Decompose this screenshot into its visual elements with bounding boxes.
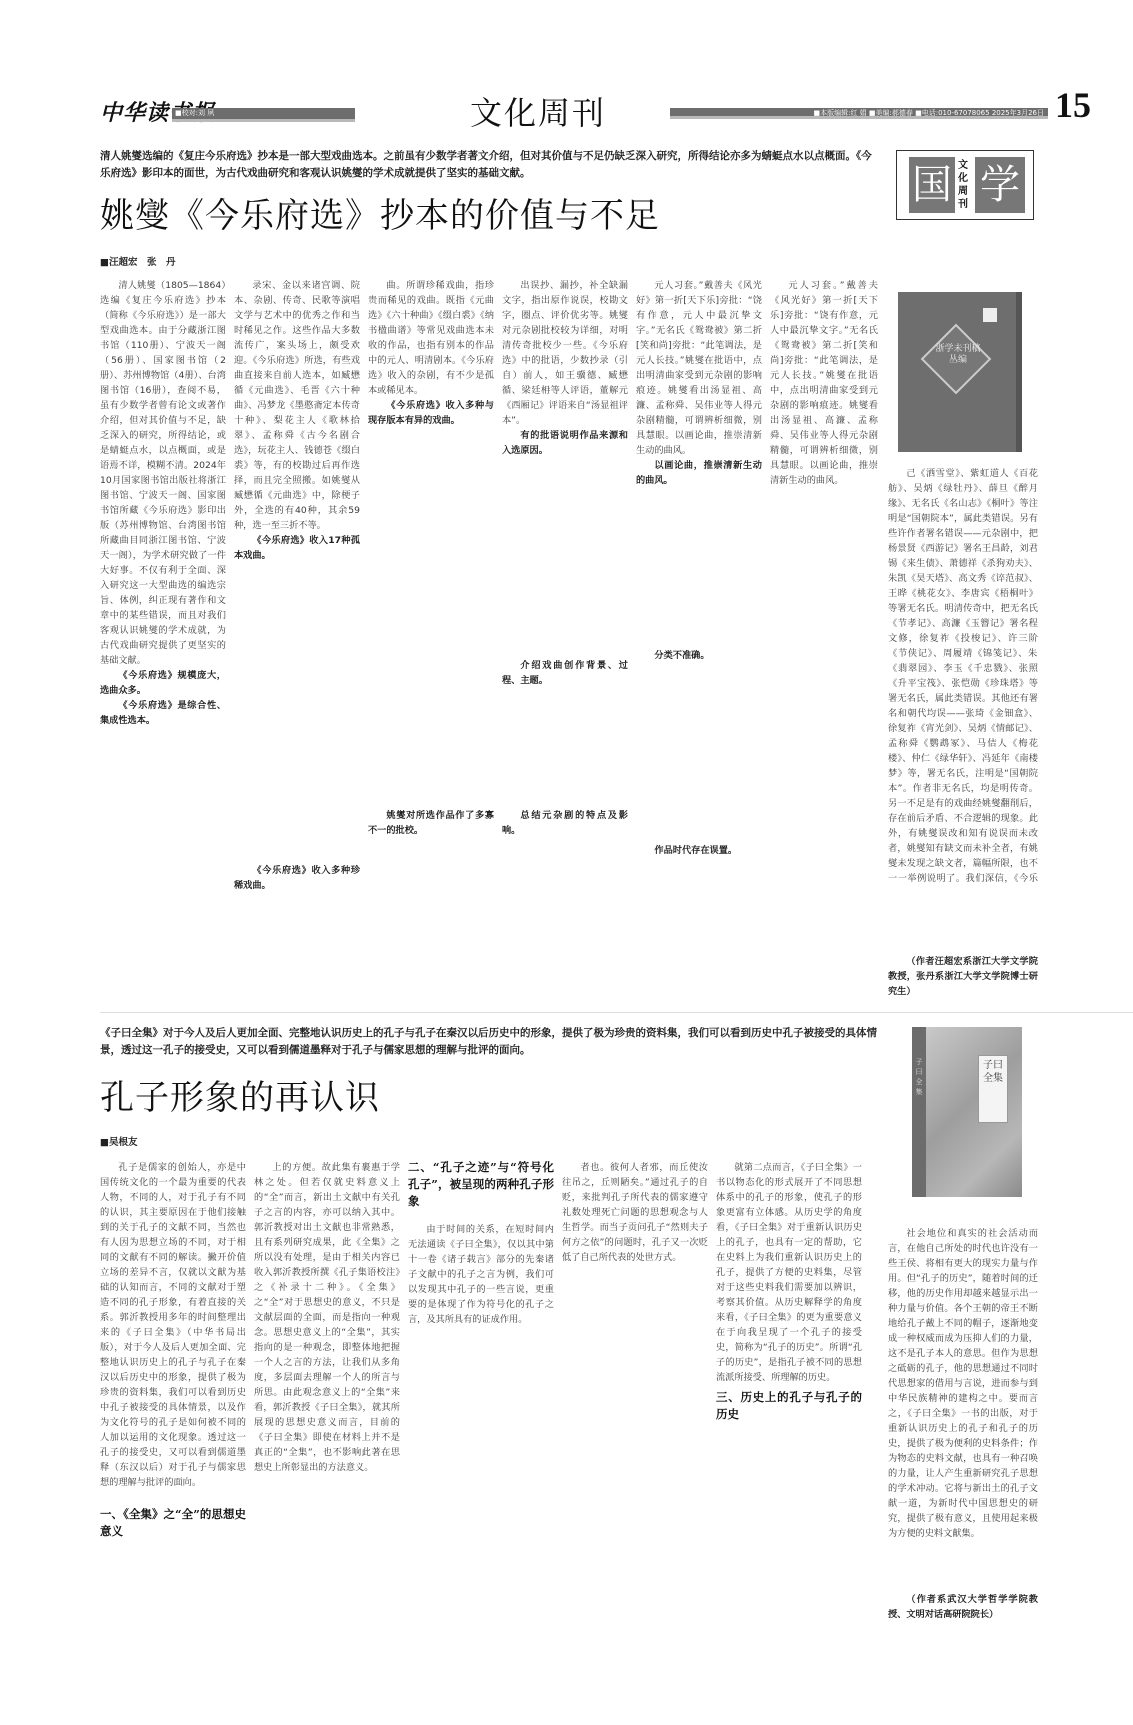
book-title: 浙学未刊稿丛编 xyxy=(933,344,983,366)
author-credit: （作者系武汉大学哲学学院教授、文明对话高研院院长） xyxy=(888,1592,1038,1622)
publisher-emblem-icon xyxy=(983,308,997,322)
paragraph: 孔子是儒家的创始人，亦是中国传统文化的一个最为重要的代表人物，不同的人，对于孔子… xyxy=(100,1160,246,1490)
proofreader-bar: ■校对:刘 夙 xyxy=(172,108,355,122)
paragraph: 清人姚燮（1805—1864）选编《复庄今乐府选》抄本（简称《今乐府选》）是一部… xyxy=(100,278,226,668)
paragraph: 录宋、金以来诸宫调、院本、杂剧、传奇、民歌等演唱文学与艺术中的优秀之作和当时稀见… xyxy=(234,278,360,533)
article2-column-1: 孔子是儒家的创始人，亦是中国传统文化的一个最为重要的代表人物，不同的人，对于孔子… xyxy=(100,1160,246,1680)
bold-lead: 《今乐府选》收入多种珍稀戏曲。 xyxy=(234,863,360,893)
article1-column-3: 曲。所谓珍稀戏曲，指珍贵而稀见的戏曲。既指《元曲选》《六十种曲》《缀白裘》《纳书… xyxy=(368,278,494,1008)
article2-headline: 孔子形象的再认识 xyxy=(100,1070,380,1119)
article1-column-4: 出误抄、漏抄，补全缺漏文字，指出原作说误，校勘文字，圈点、评价优劣等。姚燮对元杂… xyxy=(502,278,628,1008)
paragraph: 社会地位和真实的社会活动而言，在他自己所处的时代也许没有一些王侯、将相有更大的现… xyxy=(888,1226,1038,1541)
article2-column-3: 二、“孔子之迹”与“符号化孔子”，被呈现的两种孔子形象 由于时间的关系，在短时间… xyxy=(408,1155,554,1675)
bold-lead: 介绍戏曲创作背景、过程、主题。 xyxy=(502,658,628,688)
editor-credits-bar: ■本版编辑:红 娟 ■美编:郝德春 ■电话:010-67078065 2025年… xyxy=(670,108,1048,119)
section-divider xyxy=(100,1012,1133,1013)
paragraph: 由于时间的关系，在短时间内无法通读《子曰全集》，仅以其中第十一卷《诸子载言》部分… xyxy=(408,1222,554,1327)
paragraph: 元人习套。”戴善夫《风光好》第一折[天下乐]旁批：“饶有作意，元人中最沉挚文字。… xyxy=(636,278,762,458)
article1-deck: 清人姚燮选编的《复庄今乐府选》抄本是一部大型戏曲选本。之前虽有少数学者著文介绍，… xyxy=(100,148,880,182)
article1-column-7: 己《洒雪堂》、紫虹道人《百花舫》、吴炳《绿牡丹》、薛旦《醉月缘》、无名氏《名山志… xyxy=(888,466,1038,886)
paragraph: 曲。所谓珍稀戏曲，指珍贵而稀见的戏曲。既指《元曲选》《六十种曲》《缀白裘》《纳书… xyxy=(368,278,494,398)
article2-column-2: 上的方便。故此集有裹惠于学林之处。但若仅就史料意义上的“全”而言，新出土文献中有… xyxy=(254,1160,400,1660)
bold-lead: 《今乐府选》收入多种与现存版本有异的戏曲。 xyxy=(368,398,494,428)
bold-lead: 作品时代存在误置。 xyxy=(636,843,762,858)
article1-column-1: 清人姚燮（1805—1864）选编《复庄今乐府选》抄本（简称《今乐府选》）是一部… xyxy=(100,278,226,1008)
article1-column-2: 录宋、金以来诸宫调、院本、杂剧、传奇、民歌等演唱文学与艺术中的优秀之作和当时稀见… xyxy=(234,278,360,1008)
article2-byline: ■吴根友 xyxy=(100,1134,137,1148)
badge-label: 文化周刊 xyxy=(958,159,972,211)
article2-column-5: 就第二点而言，《子曰全集》一书以物态化的形式展开了不同思想体系中的孔子的形象，使… xyxy=(716,1160,862,1680)
bold-lead: 分类不准确。 xyxy=(636,648,762,663)
subheading: 三、历史上的孔子与孔子的历史 xyxy=(716,1389,862,1423)
guoxue-weekly-badge: 国 文化周刊 学 xyxy=(896,150,1034,220)
book-cover-image: 子曰全集 子曰全集 xyxy=(912,1027,1022,1197)
page-number: 15 xyxy=(1055,84,1091,126)
bold-lead: 《今乐府选》规模庞大，选曲众多。 xyxy=(100,668,226,698)
article1-column-5: 元人习套。”戴善夫《风光好》第一折[天下乐]旁批：“饶有作意，元人中最沉挚文字。… xyxy=(636,278,762,1008)
paragraph: 出误抄、漏抄，补全缺漏文字，指出原作说误，校勘文字，圈点、评价优劣等。姚燮对元杂… xyxy=(502,278,628,428)
book-spine-title: 子曰全集 xyxy=(914,1057,924,1097)
bold-lead: 总结元杂剧的特点及影响。 xyxy=(502,808,628,838)
paragraph: 就第二点而言，《子曰全集》一书以物态化的形式展开了不同思想体系中的孔子的形象，使… xyxy=(716,1160,862,1385)
paragraph: 己《洒雪堂》、紫虹道人《百花舫》、吴炳《绿牡丹》、薛旦《醉月缘》、无名氏《名山志… xyxy=(888,466,1038,886)
paragraph: 元人习套。”戴善夫《风光好》第一折[天下乐]旁批：“饶有作意，元人中最沉挚文字。… xyxy=(770,278,878,488)
article1-credit-box: （作者汪超宏系浙江大学文学院教授，张丹系浙江大学文学院博士研究生） xyxy=(888,954,1038,1004)
bold-lead: 有的批语说明作品来源和入选原因。 xyxy=(502,428,628,458)
subheading: 一、《全集》之“全”的思想史意义 xyxy=(100,1506,246,1540)
book-title: 子曰全集 xyxy=(978,1055,1008,1123)
bold-lead: 《今乐府选》收入17种孤本戏曲。 xyxy=(234,533,360,563)
bold-lead: 以画论曲，推崇清新生动的曲风。 xyxy=(636,458,762,488)
book-cover-image: 浙学未刊稿丛编 xyxy=(898,292,1022,452)
article2-deck: 《子曰全集》对于今人及后人更加全面、完整地认识历史上的孔子与孔子在秦汉以后历史中… xyxy=(100,1025,880,1059)
bold-lead: 《今乐府选》是综合性、集成性选本。 xyxy=(100,698,226,728)
badge-xue-glyph: 学 xyxy=(975,157,1025,213)
article2-column-4: 者也。彼何人者邪，而丘使汝往吊之，丘则陋矣。”通过孔子的自贬，来批判孔子所代表的… xyxy=(562,1160,708,1680)
article2-column-6: 社会地位和真实的社会活动而言，在他自己所处的时代也许没有一些王侯、将相有更大的现… xyxy=(888,1226,1038,1606)
paragraph: 者也。彼何人者邪，而丘使汝往吊之，丘则陋矣。”通过孔子的自贬，来批判孔子所代表的… xyxy=(562,1160,708,1265)
section-title: 文化周刊 xyxy=(470,88,606,134)
bold-lead: 姚燮对所选作品作了多寡不一的批校。 xyxy=(368,808,494,838)
author-credit: （作者汪超宏系浙江大学文学院教授，张丹系浙江大学文学院博士研究生） xyxy=(888,954,1038,999)
article2-credit-box: （作者系武汉大学哲学学院教授、文明对话高研院院长） xyxy=(888,1592,1038,1632)
subheading: 二、“孔子之迹”与“符号化孔子”，被呈现的两种孔子形象 xyxy=(408,1159,554,1210)
paragraph: 上的方便。故此集有裹惠于学林之处。但若仅就史料意义上的“全”而言，新出土文献中有… xyxy=(254,1160,400,1475)
article1-byline: ■汪超宏 张 丹 xyxy=(100,254,175,268)
badge-guo-glyph: 国 xyxy=(909,157,955,213)
article1-headline: 姚燮《今乐府选》抄本的价值与不足 xyxy=(100,188,660,237)
article1-column-6: 元人习套。”戴善夫《风光好》第一折[天下乐]旁批：“饶有作意，元人中最沉挚文字。… xyxy=(770,278,878,1008)
